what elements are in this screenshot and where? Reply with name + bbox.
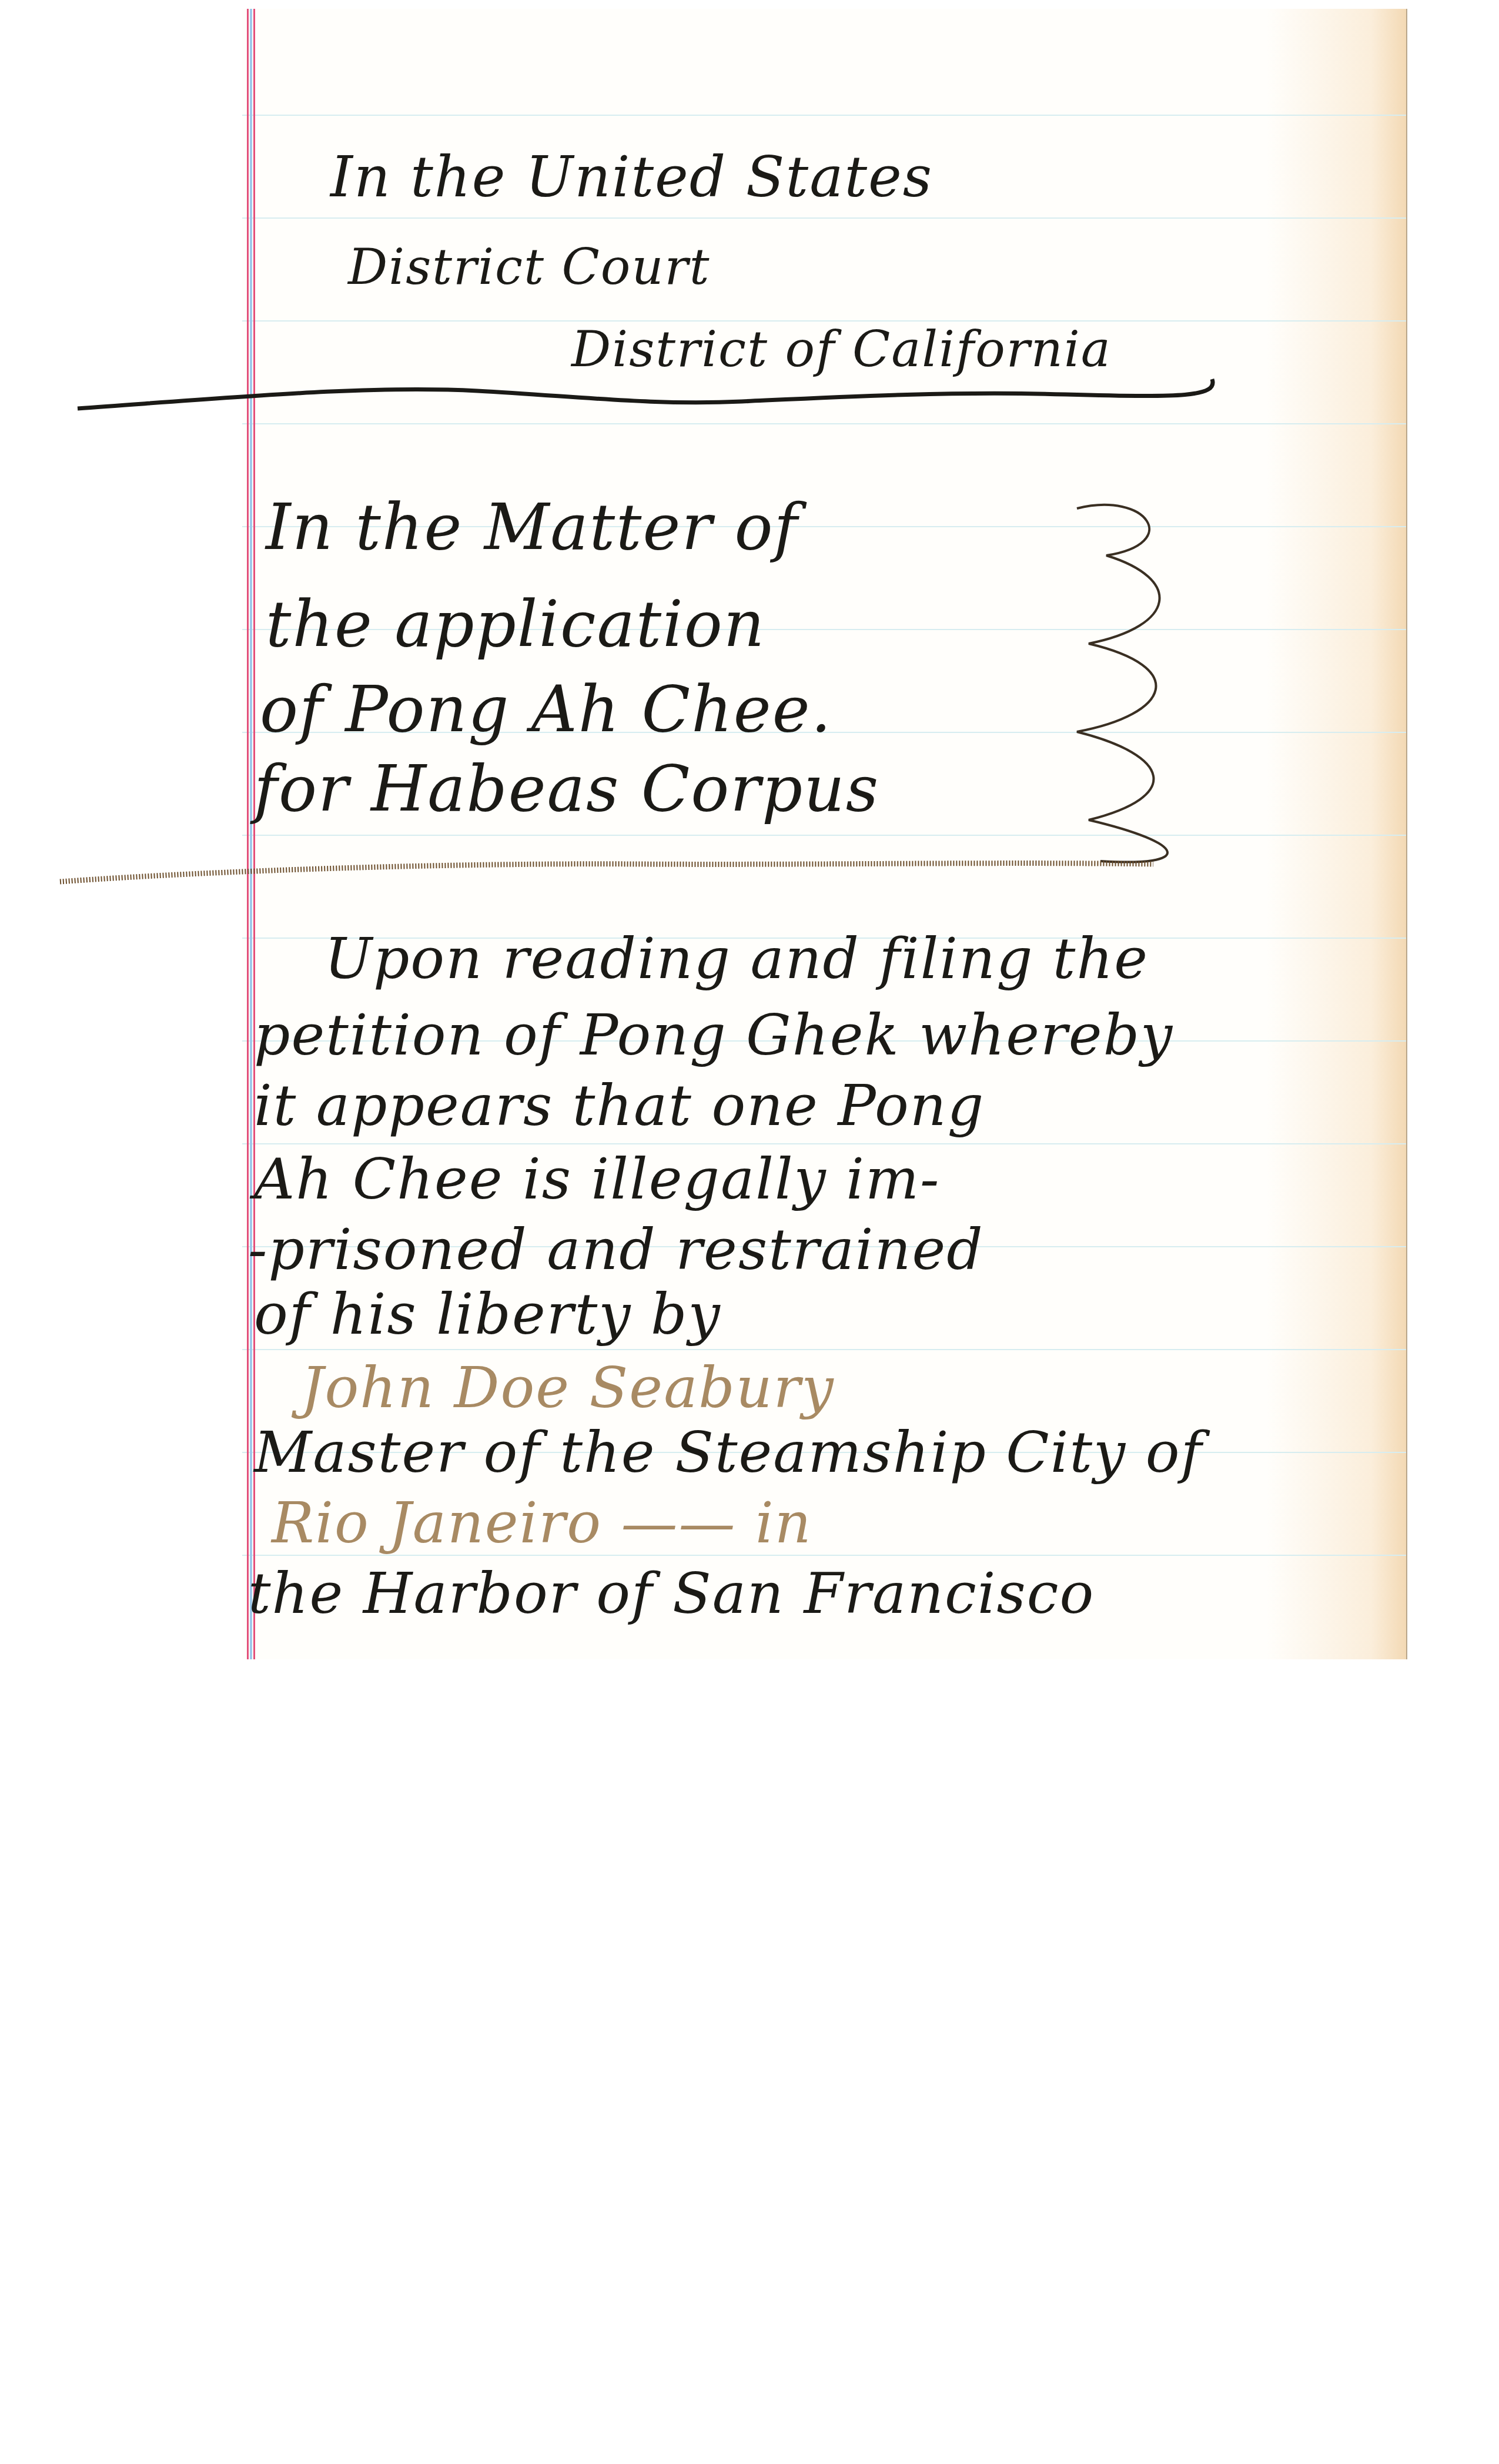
inserted-ship-line: Rio Janeiro —— in bbox=[272, 1490, 812, 1556]
body-line: the Harbor of San Francisco bbox=[248, 1561, 1095, 1626]
caption-line-1: In the United States bbox=[330, 144, 933, 210]
body-line: Upon reading and filing the bbox=[324, 926, 1149, 992]
body-line: Ah Chee is illegally im- bbox=[254, 1146, 941, 1212]
matter-line-3: of Pong Ah Chee. bbox=[260, 673, 832, 746]
margin-line bbox=[247, 9, 255, 1659]
ruled-line bbox=[242, 1349, 1406, 1350]
matter-line-1: In the Matter of bbox=[266, 491, 798, 564]
body-line: petition of Pong Ghek whereby bbox=[254, 1002, 1173, 1068]
matter-line-2: the application bbox=[266, 588, 765, 661]
ruled-line bbox=[242, 835, 1406, 836]
inserted-name-line: John Doe Seabury bbox=[301, 1355, 835, 1421]
ruled-line bbox=[242, 115, 1406, 116]
matter-line-4: for Habeas Corpus bbox=[254, 752, 879, 826]
body-line: Master of the Steamship City of bbox=[254, 1420, 1203, 1485]
matter-underline-flourish bbox=[48, 846, 1165, 893]
caption-line-2: District Court bbox=[348, 238, 710, 296]
manuscript-page: In the United States District Court Dist… bbox=[242, 9, 1407, 1659]
caption-underline-flourish bbox=[66, 373, 1242, 426]
matter-brace-flourish bbox=[1053, 491, 1194, 867]
body-line: -prisoned and restrained bbox=[248, 1217, 984, 1283]
body-line: it appears that one Pong bbox=[254, 1073, 985, 1139]
ruled-line bbox=[242, 1143, 1406, 1144]
body-line: of his liberty by bbox=[254, 1281, 721, 1347]
ruled-line bbox=[242, 217, 1406, 219]
caption-line-3: District of California bbox=[571, 320, 1112, 378]
